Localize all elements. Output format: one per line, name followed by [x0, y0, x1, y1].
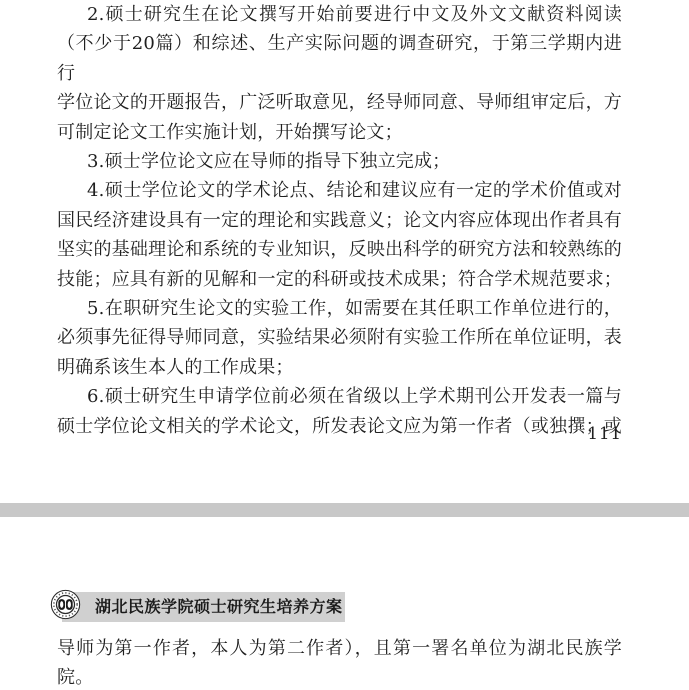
text-line: 必须事先征得导师同意，实验结果必须附有实验工作所在单位证明，表: [57, 323, 622, 352]
text-line: 明确系该生本人的工作成果；: [57, 353, 622, 382]
text-line: （不少于20篇）和综述、生产实际问题的调查研究，于第三学期内进行: [57, 29, 622, 88]
page-111-text-column: 2.硕士研究生在论文撰写开始前要进行中文及外文文献资料阅读 （不少于20篇）和综…: [57, 0, 622, 441]
text-line: 3.硕士学位论文应在导师的指导下独立完成；: [57, 147, 622, 176]
chapter-header-title: 湖北民族学院硕士研究生培养方案: [95, 592, 343, 622]
text-line: 4.硕士学位论文的学术论点、结论和建议应有一定的学术价值或对: [57, 176, 622, 205]
text-line: 可制定论文工作实施计划，开始撰写论文；: [57, 118, 622, 147]
page-number: 111: [57, 424, 622, 444]
text-line: 坚实的基础理论和系统的专业知识，反映出科学的研究方法和较熟练的: [57, 235, 622, 264]
text-line: 院。: [57, 663, 622, 690]
page-gap-separator: [0, 503, 689, 517]
university-seal-icon: [50, 589, 81, 620]
text-line: 学位论文的开题报告，广泛听取意见，经导师同意、导师组审定后，方: [57, 88, 622, 117]
text-line: 5.在职研究生论文的实验工作，如需要在其任职工作单位进行的，: [57, 294, 622, 323]
text-line: 导师为第一作者，本人为第二作者），且第一署名单位为湖北民族学: [57, 634, 622, 663]
text-line: 国民经济建设具有一定的理论和实践意义；论文内容应体现出作者具有: [57, 206, 622, 235]
text-line: 2.硕士研究生在论文撰写开始前要进行中文及外文文献资料阅读: [57, 0, 622, 29]
next-page-text-column: 导师为第一作者，本人为第二作者），且第一署名单位为湖北民族学 院。: [57, 634, 622, 690]
text-line: 6.硕士研究生申请学位前必须在省级以上学术期刊公开发表一篇与: [57, 382, 622, 411]
text-line: 技能；应具有新的见解和一定的科研或技术成果；符合学术规范要求；: [57, 265, 622, 294]
